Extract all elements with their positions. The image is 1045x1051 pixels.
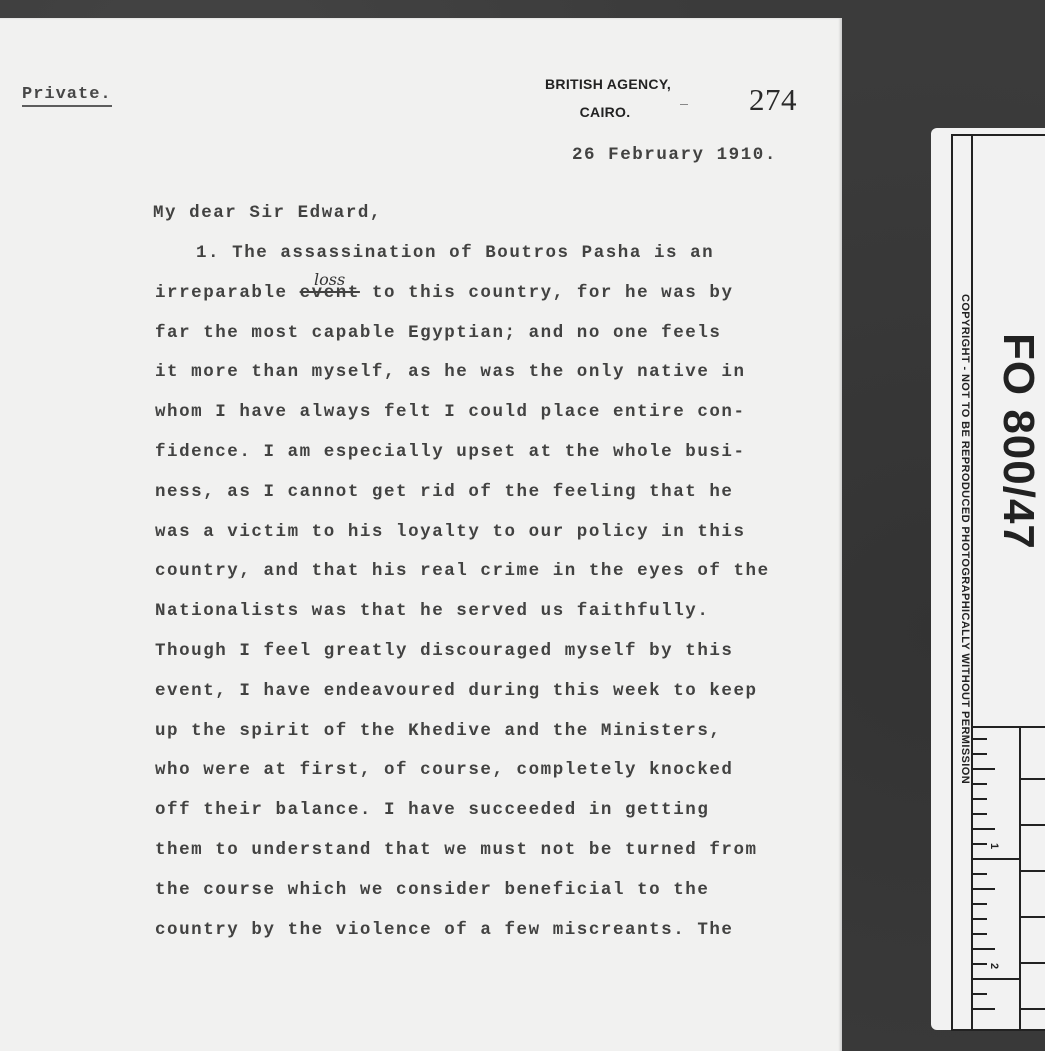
letter-line: event, I have endeavoured during this we… — [155, 681, 758, 701]
card-grid-line — [1021, 1008, 1045, 1010]
card-grid-line — [1021, 778, 1045, 780]
letter-line: ness, as I cannot get rid of the feeling… — [155, 482, 733, 502]
ruler-tick — [973, 888, 995, 890]
ruler-tick — [973, 918, 987, 920]
salutation: My dear Sir Edward, — [153, 203, 382, 223]
card-grid-line — [1021, 870, 1045, 872]
letter-line: whom I have always felt I could place en… — [155, 402, 746, 422]
ruler-tick — [973, 753, 987, 755]
letterhead: BRITISH AGENCY, CAIRO. — [545, 70, 671, 126]
ruler-tick — [973, 843, 987, 845]
card-grid-line — [1021, 824, 1045, 826]
letter-line: it more than myself, as he was the only … — [155, 362, 746, 382]
ruler-tick — [973, 768, 995, 770]
private-marking: Private. — [22, 85, 112, 107]
letter-line: the course which we consider beneficial … — [155, 880, 709, 900]
letter-line: fidence. I am especially upset at the wh… — [155, 442, 746, 462]
ruler-label: 1 — [988, 843, 1000, 849]
letter-date: 26 February 1910. — [572, 145, 777, 165]
ruler-tick — [973, 903, 987, 905]
ruler-spine — [1019, 726, 1021, 1029]
ruler-tick — [973, 798, 987, 800]
ruler-label: 2 — [988, 963, 1000, 969]
letterhead-line2: CAIRO. — [539, 98, 671, 126]
card-grid-line — [1021, 962, 1045, 964]
ruler-tick — [973, 783, 987, 785]
struck-word: event — [300, 283, 360, 303]
letter-line: irreparable event to this country, for h… — [155, 283, 734, 303]
letterhead-line1: BRITISH AGENCY, — [545, 76, 671, 92]
letter-line: country by the violence of a few miscrea… — [155, 920, 733, 940]
archive-reference-card: COPYRIGHT - NOT TO BE REPRODUCED PHOTOGR… — [931, 128, 1045, 1030]
letter-line: them to understand that we must not be t… — [155, 840, 758, 860]
ruler-tick — [973, 978, 1019, 980]
letter-line: Nationalists was that he served us faith… — [155, 601, 709, 621]
ruler-tick — [973, 828, 995, 830]
ruler-tick — [973, 813, 987, 815]
ruler-tick — [973, 933, 987, 935]
copyright-notice: COPYRIGHT - NOT TO BE REPRODUCED PHOTOGR… — [951, 294, 973, 864]
ruler-tick — [973, 858, 1019, 860]
dash-mark — [680, 104, 688, 105]
ruler-tick — [973, 738, 987, 740]
letter-line: far the most capable Egyptian; and no on… — [155, 323, 721, 343]
ruler-tick — [973, 1008, 995, 1010]
letter-line: Though I feel greatly discouraged myself… — [155, 641, 733, 661]
letter-line: up the spirit of the Khedive and the Min… — [155, 721, 721, 741]
card-grid-line — [1021, 916, 1045, 918]
ruler-tick — [973, 873, 987, 875]
ruler-top-edge — [971, 726, 1045, 728]
ruler-tick — [973, 993, 987, 995]
letter-page: Private. BRITISH AGENCY, CAIRO. 274 26 F… — [0, 18, 842, 1051]
folio-number: 274 — [749, 82, 797, 118]
archive-reference: FO 800/47 — [993, 333, 1043, 550]
letter-line: was a victim to his loyalty to our polic… — [155, 522, 746, 542]
ruler-tick — [973, 948, 995, 950]
letter-line: country, and that his real crime in the … — [155, 561, 770, 581]
letter-line: 1. The assassination of Boutros Pasha is… — [196, 243, 714, 263]
ruler-tick — [973, 963, 987, 965]
letter-line: who were at first, of course, completely… — [155, 760, 733, 780]
letter-line: off their balance. I have succeeded in g… — [155, 800, 709, 820]
